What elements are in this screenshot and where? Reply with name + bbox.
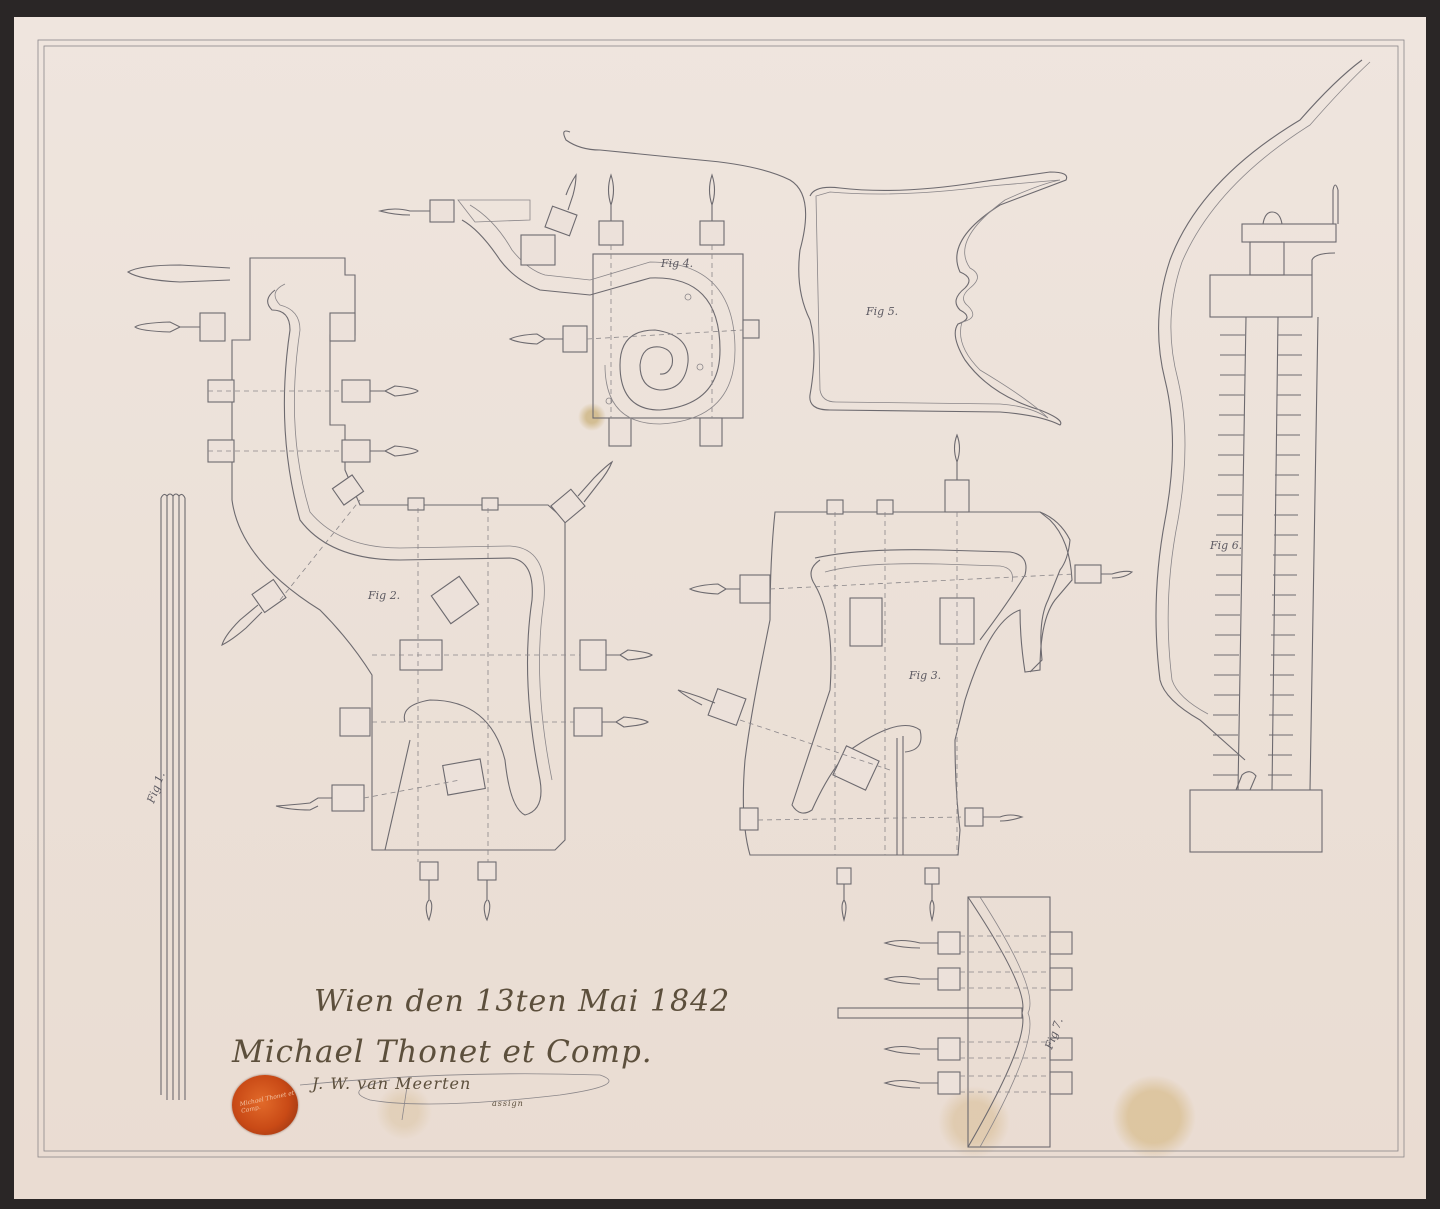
- wax-seal: Michael Thonet et Comp.: [232, 1075, 298, 1135]
- fig2-label: Fig 2.: [368, 589, 400, 602]
- fig1-laths: [161, 494, 185, 1100]
- place-date-inscription: Wien den 13ten Mai 1842: [314, 984, 730, 1019]
- seal-text: Michael Thonet et Comp.: [239, 1089, 299, 1115]
- fig4-spiral-form: [380, 175, 759, 446]
- fig3-bending-form: [678, 435, 1132, 920]
- fig3-label: Fig 3.: [909, 669, 941, 682]
- fig6-rail-with-teeth: [1156, 60, 1370, 852]
- signature-inscription: Michael Thonet et Comp.: [232, 1034, 653, 1070]
- drawing-sheet: Fig 1. Fig 2. Fig 3. Fig 4. Fig 5. Fig 6…: [14, 17, 1426, 1199]
- fig6-label: Fig 6.: [1210, 539, 1242, 552]
- witness-inscription: J. W. van Meerten: [312, 1074, 471, 1093]
- fig5-chair-frame: [564, 131, 1067, 425]
- fig7-curved-form: [838, 897, 1072, 1147]
- fig4-label: Fig 4.: [661, 257, 693, 270]
- fig5-label: Fig 5.: [866, 305, 898, 318]
- witness-note: assign: [492, 1099, 524, 1108]
- fig6-teeth: [1213, 335, 1302, 775]
- technical-drawing: [14, 17, 1426, 1199]
